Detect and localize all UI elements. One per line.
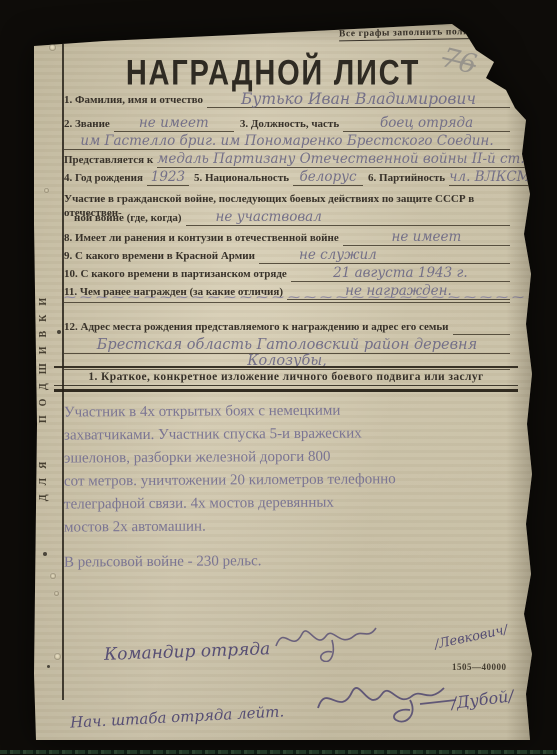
blank-ruled-line: ⁓⁓⁓⁓⁓⁓⁓⁓⁓⁓⁓⁓⁓⁓⁓⁓⁓⁓⁓⁓⁓⁓⁓⁓⁓⁓⁓⁓⁓⁓⁓⁓⁓⁓⁓⁓ [64,288,510,303]
field-rank-label: 2. Звание [64,117,114,131]
field-nationality-label: 5. Национальность [189,171,293,185]
feat-line: сот метров. уничтожении 20 километров те… [64,467,512,493]
feat-section-title: 1. Краткое, конкретное изложение личного… [54,368,518,385]
document-title: НАГРАДНОЙ ЛИСТ [115,53,430,93]
field-address-value1: Брестская область Гатоловский район дере… [64,338,510,353]
punch-hole [54,591,59,596]
field-position-value: боец отряда [343,116,510,132]
ink-speck [57,330,61,334]
field-address: 12. Адрес места рождения представляемого… [64,320,510,334]
field-address-label: 12. Адрес места рождения представляемого… [64,320,453,334]
field-position-label: 3. Должность, часть [234,117,343,131]
binding-margin-label: ДЛЯ ПОДШИВКИ [38,289,49,501]
commander-signature-scribble [270,620,380,662]
field-partisan: 10. С какого времени в партизанском отря… [64,266,510,281]
field-birth-label: 4. Год рождения [64,171,147,185]
divider-heavy [54,389,518,392]
field-nominated-label: Представляется к [64,153,157,167]
field-name: 1. Фамилия, имя и отчество Бутько Иван В… [64,92,510,107]
field-position-continued: им Гастелло бриг. им Пономаренко Брестск… [64,134,510,149]
microfilm-strip [0,750,557,754]
commander-label: Командир отряда [104,639,271,665]
field-party-label: 6. Партийность [363,171,449,185]
field-nominated-value: медаль Партизану Отечественной войны II-… [157,152,525,168]
field-army-label: 9. С какого времени в Красной Армии [64,249,259,263]
ink-speck [43,552,47,556]
field-name-value: Бутько Иван Владимирович [207,92,510,108]
commander-name: /Левкович/ [433,622,509,652]
field-rank-position: 2. Звание не имеет 3. Должность, часть б… [64,116,510,131]
field-civilwar-line2: ной войне (где, когда) не участвовал [64,210,510,225]
field-wounds-value: не имеет [343,230,510,246]
feat-line: мостов 2х автомашин. [64,513,512,539]
pencil-stroke: ⁓⁓⁓⁓⁓⁓⁓⁓⁓⁓⁓⁓⁓⁓⁓⁓⁓⁓⁓⁓⁓⁓⁓⁓⁓⁓⁓⁓⁓⁓⁓⁓⁓⁓⁓⁓ [64,290,557,304]
divider-thin [54,385,518,386]
feat-line: телеграфной связи. 4х мостов деревянных [64,490,512,516]
field-nationality-value: белорус [293,170,363,186]
field-army-value: не служил [259,248,510,264]
field-party-value: чл. ВЛКСМ [449,170,530,186]
feat-line: Участник в 4х открытых боях с немецкими [64,398,512,424]
field-wounds: 8. Имеет ли ранения и контузии в отечест… [64,230,510,245]
feat-section-header: 1. Краткое, конкретное изложение личного… [54,366,518,392]
field-civilwar-value: не участвовал [186,210,510,226]
address-line1: Брестская область Гатоловский район дере… [64,338,510,354]
ink-speck [47,665,50,668]
page-number-annotation: 76 [439,42,480,80]
field-wounds-label: 8. Имеет ли ранения и контузии в отечест… [64,231,343,245]
fill-all-fields-notice: Все графы заполнить полностью [339,27,498,42]
field-birth-nationality-party: 4. Год рождения 1923 5. Национальность б… [64,170,510,185]
punch-hole [49,44,56,51]
punch-hole [54,653,61,660]
feat-line: эшелонов, разборки железной дороги 800 [64,444,512,470]
field-position-value2: им Гастелло бриг. им Пономаренко Брестск… [64,134,510,150]
field-rank-value: не имеет [114,116,234,132]
field-name-label: 1. Фамилия, имя и отчество [64,93,207,107]
field-partisan-label: 10. С какого времени в партизанском отря… [64,267,291,281]
chief-signature-scribble [310,674,460,726]
punch-hole [44,188,49,193]
punch-hole [50,573,56,579]
field-army: 9. С какого времени в Красной Армии не с… [64,248,510,263]
feat-line: В рельсовой войне - 230 рельс. [64,548,512,574]
feat-line: захватчиками. Участник спуска 5-и вражес… [64,421,512,447]
feat-description: Участник в 4х открытых боях с немецкими … [64,400,512,573]
chief-signature-row: Нач. штаба отряда лейт. [70,674,460,726]
field-partisan-value: 21 августа 1943 г. [291,266,510,282]
field-civilwar-label2: ной войне (где, когда) [64,211,186,225]
field-birth-value: 1923 [147,170,189,186]
print-run-code: 1505—40000 [452,662,507,672]
commander-signature-row: Командир отряда [104,620,380,662]
scanned-document: ДЛЯ ПОДШИВКИ Все графы заполнить полност… [0,0,557,755]
field-address-leader [453,334,510,335]
document-paper: ДЛЯ ПОДШИВКИ Все графы заполнить полност… [34,24,532,740]
chief-label: Нач. штаба отряда лейт. [70,702,285,731]
field-nominated: Представляется к медаль Партизану Отечес… [64,152,510,167]
